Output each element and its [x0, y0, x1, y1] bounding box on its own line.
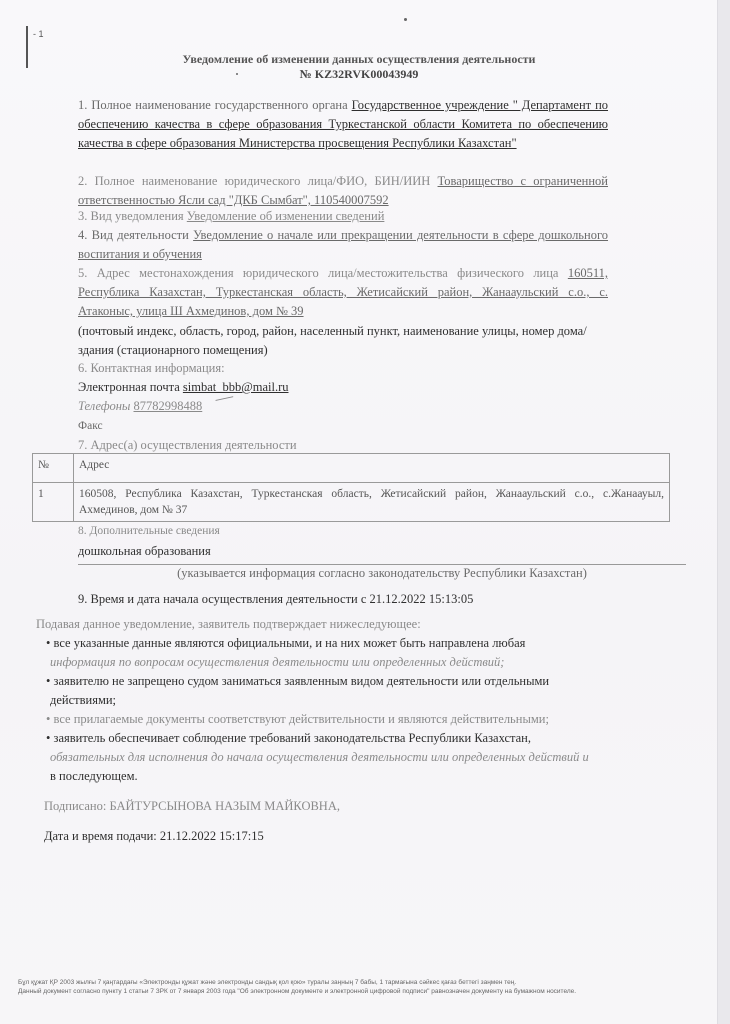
- section-8-label: 8. Дополнительные сведения: [78, 522, 608, 541]
- email-label: Электронная почта: [78, 380, 180, 394]
- confirmation-bullet-2-cont: действиями;: [50, 691, 690, 710]
- confirmation-bullet-1: • все указанные данные являются официаль…: [46, 634, 686, 653]
- confirmation-bullet-4-cont: обязательных для исполнения до начала ос…: [50, 748, 690, 767]
- submission-value: 21.12.2022 15:17:15: [160, 829, 264, 843]
- section-5-hint: (почтовый индекс, область, город, район,…: [78, 322, 608, 360]
- header-number: №: [33, 454, 74, 483]
- contact-email-row: Электронная почта simbat_bbb@mail.ru: [78, 378, 608, 397]
- section-1-label: 1. Полное наименование государственного …: [78, 98, 348, 112]
- section-9: 9. Время и дата начала осуществления дея…: [78, 590, 638, 609]
- fax-label: Факс: [78, 417, 608, 436]
- signature-name: БАЙТУРСЫНОВА НАЗЫМ МАЙКОВНА,: [109, 799, 340, 813]
- document-title: Уведомление об изменении данных осуществ…: [0, 52, 718, 67]
- submission-label: Дата и время подачи:: [44, 829, 157, 843]
- row-address: 160508, Республика Казахстан, Туркестанс…: [74, 483, 670, 522]
- submission-row: Дата и время подачи: 21.12.2022 15:17:15: [44, 827, 644, 846]
- section-4: 4. Вид деятельности Уведомление о начале…: [78, 226, 608, 264]
- scan-speck: [404, 18, 407, 21]
- legal-footer: Бұл құжат ҚР 2003 жылғы 7 қаңтардағы «Эл…: [18, 978, 698, 996]
- confirmation-bullet-4-end: в последующем.: [50, 767, 690, 786]
- section-6-label: 6. Контактная информация:: [78, 359, 608, 378]
- section-3-value: Уведомление об изменении сведений: [187, 209, 385, 223]
- section-5: 5. Адрес местонахождения юридического ли…: [78, 264, 608, 321]
- confirmation-bullet-4: • заявитель обеспечивает соблюдение треб…: [46, 729, 686, 748]
- contact-phone-row: Телефоны 87782998488: [78, 397, 608, 416]
- section-3: 3. Вид уведомления Уведомление об измене…: [78, 207, 608, 226]
- section-2-label: 2. Полное наименование юридического лица…: [78, 174, 430, 188]
- phone-label: Телефоны: [78, 399, 130, 413]
- table-row: 1 160508, Республика Казахстан, Туркеста…: [33, 483, 670, 522]
- footer-line-kz: Бұл құжат ҚР 2003 жылғы 7 қаңтардағы «Эл…: [18, 978, 698, 987]
- section-5-label: 5. Адрес местонахождения юридического ли…: [78, 266, 558, 280]
- confirmation-bullet-1-cont: информация по вопросам осуществления дея…: [50, 653, 690, 672]
- section-8-hint: (указывается информация согласно законод…: [78, 564, 686, 583]
- row-number: 1: [33, 483, 74, 522]
- confirmation-bullet-2: • заявителю не запрещено судом заниматьс…: [46, 672, 686, 691]
- section-3-label: 3. Вид уведомления: [78, 209, 184, 223]
- document-number: № KZ32RVK00043949: [0, 67, 718, 82]
- email-value[interactable]: simbat_bbb@mail.ru: [183, 380, 289, 394]
- section-2: 2. Полное наименование юридического лица…: [78, 172, 608, 210]
- footer-line-ru: Данный документ согласно пункту 1 статьи…: [18, 987, 698, 996]
- signature-row: Подписано: БАЙТУРСЫНОВА НАЗЫМ МАЙКОВНА,: [44, 797, 644, 816]
- section-4-label: 4. Вид деятельности: [78, 228, 189, 242]
- activity-address-table: № Адрес 1 160508, Республика Казахстан, …: [32, 453, 670, 522]
- header-address: Адрес: [74, 454, 670, 483]
- confirmation-intro: Подавая данное уведомление, заявитель по…: [36, 615, 676, 634]
- page-number: - 1: [33, 29, 44, 39]
- section-8-value: дошкольная образования: [78, 542, 608, 561]
- table-header-row: № Адрес: [33, 454, 670, 483]
- signature-label: Подписано:: [44, 799, 106, 813]
- page-edge: [717, 0, 730, 1024]
- confirmation-bullet-3: • все прилагаемые документы соответствую…: [46, 710, 686, 729]
- phone-value: 87782998488: [134, 399, 203, 413]
- section-1: 1. Полное наименование государственного …: [78, 96, 608, 153]
